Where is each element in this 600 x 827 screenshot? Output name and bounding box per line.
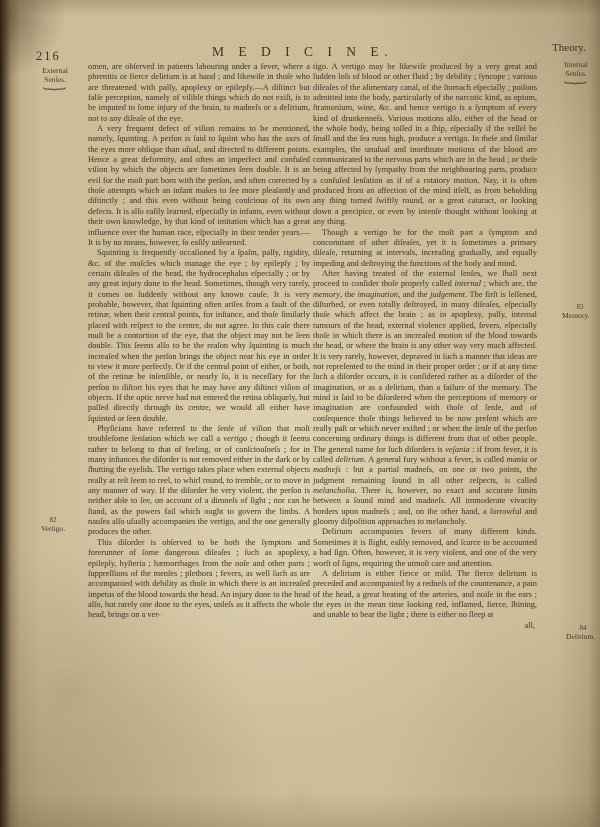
paragraph: This diſorder is obſerved to be both the… xyxy=(88,538,310,621)
text-segment: internal xyxy=(455,279,482,288)
underbrace-icon: } xyxy=(26,84,84,95)
margin-note-line: Memory. xyxy=(562,311,598,320)
paragraph: Delirium accompanies fevers of many diff… xyxy=(313,527,537,568)
text-segment: Delirium accompanies fevers of many diff… xyxy=(313,527,537,567)
text-segment: This diſorder is obſerved to be both the… xyxy=(88,538,310,619)
margin-note-line: External xyxy=(26,66,84,75)
paragraph: A delirium is either fierce or mild. The… xyxy=(313,569,537,621)
page-number: 216 xyxy=(36,49,61,64)
paragraph: tigo. A vertigo may be likewiſe produced… xyxy=(313,62,537,228)
margin-note-line: Senſes. xyxy=(26,75,84,84)
text-segment: Squinting is frequently occaſioned by a … xyxy=(88,248,310,423)
text-segment: imagination xyxy=(357,290,397,299)
text-segment: memory xyxy=(313,290,340,299)
margin-note-vertigo: 82 Vertigo. xyxy=(24,516,82,533)
text-segment: mania xyxy=(507,455,528,464)
text-segment: or xyxy=(527,455,537,464)
text-segment: Though a vertigo be for the moſt part a … xyxy=(313,228,537,268)
text-segment: A very frequent defect of viſion remains… xyxy=(88,124,310,247)
text-segment: veſania xyxy=(445,445,470,454)
catchword: all, xyxy=(313,621,537,631)
paragraph: A very frequent defect of viſion remains… xyxy=(88,124,310,248)
text-segment: . The firſt is leſſened, diſturbed, or e… xyxy=(313,290,537,454)
text-segment: tigo. A vertigo may be likewiſe produced… xyxy=(313,62,537,226)
margin-note-number: 82 xyxy=(24,516,82,524)
left-column: omen, are obſerved in patients labouring… xyxy=(88,62,310,621)
text-segment: madneſs xyxy=(313,465,341,474)
text-segment: judgement xyxy=(430,290,465,299)
text-segment: . A general fury without a fever, is cal… xyxy=(364,455,507,464)
margin-note-internal-senses: Internal Senſes. } xyxy=(556,60,596,89)
text-segment: ; though it ſeems rather to belong to th… xyxy=(88,434,310,536)
margin-note-number: 83 xyxy=(562,303,598,311)
text-segment: : but a partial madneſs, on one or two p… xyxy=(313,465,537,484)
margin-note-number: 84 xyxy=(566,624,600,632)
margin-note-line: Delirium. xyxy=(566,632,600,641)
paragraph: After having treated of the external ſen… xyxy=(313,269,537,528)
text-segment: A delirium is either fierce or mild. The… xyxy=(313,569,537,619)
margin-note-external-senses: External Senſes. } xyxy=(26,66,84,95)
text-segment: omen, are obſerved in patients labouring… xyxy=(88,62,310,123)
margin-note-line: Senſes. xyxy=(556,69,596,78)
paragraph: omen, are obſerved in patients labouring… xyxy=(88,62,310,124)
text-segment: melancholia xyxy=(313,486,354,495)
paragraph: Squinting is frequently occaſioned by a … xyxy=(88,248,310,424)
paragraph: Phyſicians have referred to the ſenſe of… xyxy=(88,424,310,538)
underbrace-icon: } xyxy=(556,78,596,89)
text-segment: , and the xyxy=(398,290,430,299)
text-segment: delirium xyxy=(336,455,364,464)
text-segment: , the xyxy=(340,290,357,299)
margin-note-line: Internal xyxy=(556,60,596,69)
paragraph: Though a vertigo be for the moſt part a … xyxy=(313,228,537,269)
section-title: Theory. xyxy=(552,42,586,54)
right-column: tigo. A vertigo may be likewiſe produced… xyxy=(313,62,537,631)
margin-note-memory: 83 Memory. xyxy=(562,303,598,320)
margin-note-delirium: 84 Delirium. xyxy=(566,624,600,641)
book-page: 216 M E D I C I N E. Theory. External Se… xyxy=(0,0,600,827)
margin-note-line: Vertigo. xyxy=(24,524,82,533)
text-segment: ; which are, the xyxy=(481,279,537,288)
page-title: M E D I C I N E. xyxy=(212,44,393,60)
text-segment: vertigo xyxy=(223,434,247,443)
